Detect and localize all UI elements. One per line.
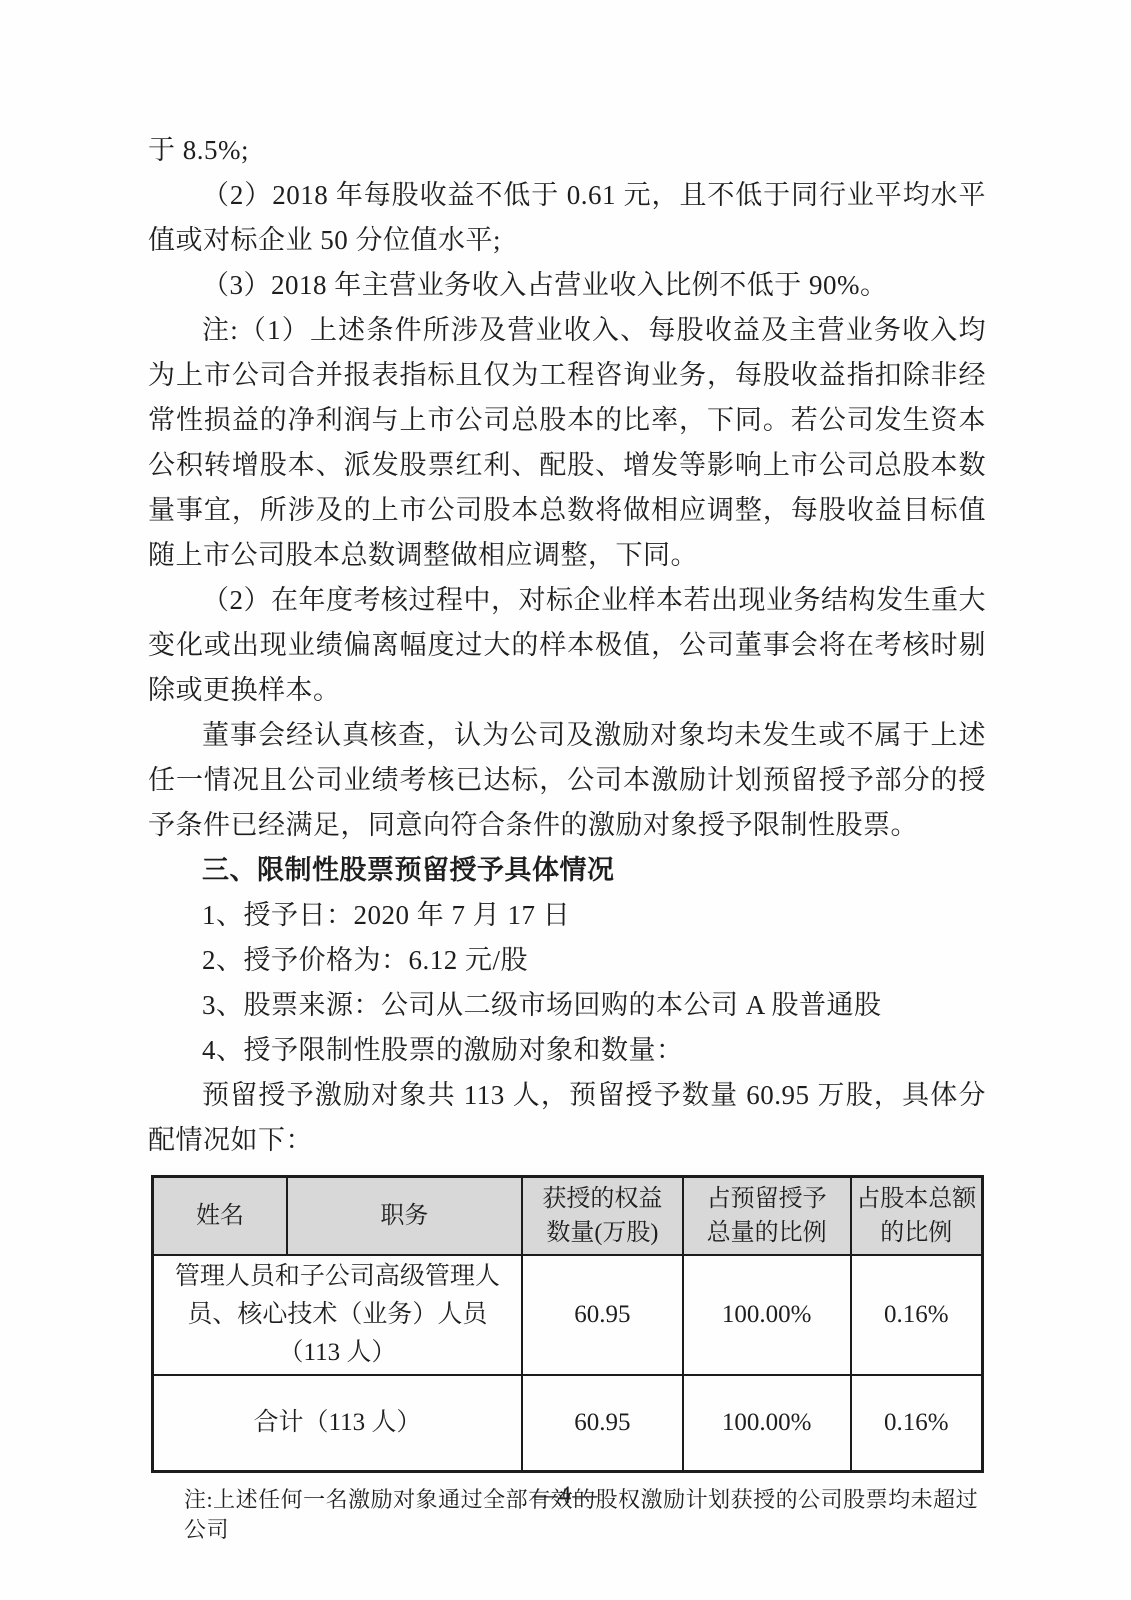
paragraph-continuation: 于 8.5%;	[148, 128, 986, 173]
paragraph-board-review: 董事会经认真核查，认为公司及激励对象均未发生或不属于上述任一情况且公司业绩考核已…	[148, 713, 986, 848]
row-capital-pct-managers: 0.16%	[851, 1255, 983, 1375]
document-page: 于 8.5%; （2）2018 年每股收益不低于 0.61 元，且不低于同行业平…	[0, 0, 1131, 1600]
list-item-stock-source: 3、股票来源：公司从二级市场回购的本公司 A 股普通股	[148, 983, 986, 1028]
paragraph-distribution-intro: 预留授予激励对象共 113 人，预留授予数量 60.95 万股，具体分配情况如下…	[148, 1073, 986, 1163]
page-number: —4—	[0, 1482, 1131, 1510]
column-header-capital-pct: 占股本总额 的比例	[851, 1177, 983, 1256]
column-header-reserved-pct: 占预留授予 总量的比例	[683, 1177, 851, 1256]
column-header-reserved-pct-line1: 占预留授予	[688, 1182, 846, 1216]
list-item-grant-price: 2、授予价格为：6.12 元/股	[148, 938, 986, 983]
table-header-row: 姓名 职务 获授的权益 数量(万股) 占预留授予 总量的比例 占股本总额 的比例	[153, 1177, 983, 1256]
column-header-name-label: 姓名	[196, 1203, 244, 1229]
column-header-quantity: 获授的权益 数量(万股)	[522, 1177, 683, 1256]
column-header-quantity-line1: 获授的权益	[527, 1182, 678, 1216]
column-header-capital-pct-line1: 占股本总额	[856, 1182, 978, 1216]
row-quantity-total: 60.95	[522, 1375, 683, 1472]
section-heading: 三、限制性股票预留授予具体情况	[148, 848, 986, 893]
row-label-managers: 管理人员和子公司高级管理人员、核心技术（业务）人员（113 人）	[153, 1255, 522, 1375]
row-reserved-pct-managers: 100.00%	[683, 1255, 851, 1375]
table-row-total: 合计（113 人） 60.95 100.00% 0.16%	[153, 1375, 983, 1472]
row-label-total: 合计（113 人）	[153, 1375, 522, 1472]
column-header-name: 姓名	[153, 1177, 287, 1256]
row-quantity-managers: 60.95	[522, 1255, 683, 1375]
distribution-table: 姓名 职务 获授的权益 数量(万股) 占预留授予 总量的比例 占股本总额 的比例	[151, 1175, 984, 1473]
column-header-quantity-line2: 数量(万股)	[527, 1216, 678, 1250]
paragraph-note-1: 注:（1）上述条件所涉及营业收入、每股收益及主营业务收入均为上市公司合并报表指标…	[148, 308, 986, 578]
row-reserved-pct-total: 100.00%	[683, 1375, 851, 1472]
column-header-capital-pct-line2: 的比例	[856, 1216, 978, 1250]
list-item-grant-objects: 4、授予限制性股票的激励对象和数量：	[148, 1028, 986, 1073]
paragraph-note-2: （2）在年度考核过程中，对标企业样本若出现业务结构发生重大变化或出现业绩偏离幅度…	[148, 578, 986, 713]
paragraph-condition-2: （2）2018 年每股收益不低于 0.61 元，且不低于同行业平均水平值或对标企…	[148, 173, 986, 263]
column-header-title: 职务	[287, 1177, 522, 1256]
list-item-grant-date: 1、授予日：2020 年 7 月 17 日	[148, 893, 986, 938]
column-header-title-label: 职务	[380, 1203, 428, 1229]
table-row: 管理人员和子公司高级管理人员、核心技术（业务）人员（113 人） 60.95 1…	[153, 1255, 983, 1375]
document-body: 于 8.5%; （2）2018 年每股收益不低于 0.61 元，且不低于同行业平…	[148, 128, 986, 1545]
row-capital-pct-total: 0.16%	[851, 1375, 983, 1472]
column-header-reserved-pct-line2: 总量的比例	[688, 1216, 846, 1250]
paragraph-condition-3: （3）2018 年主营业务收入占营业收入比例不低于 90%。	[148, 263, 986, 308]
